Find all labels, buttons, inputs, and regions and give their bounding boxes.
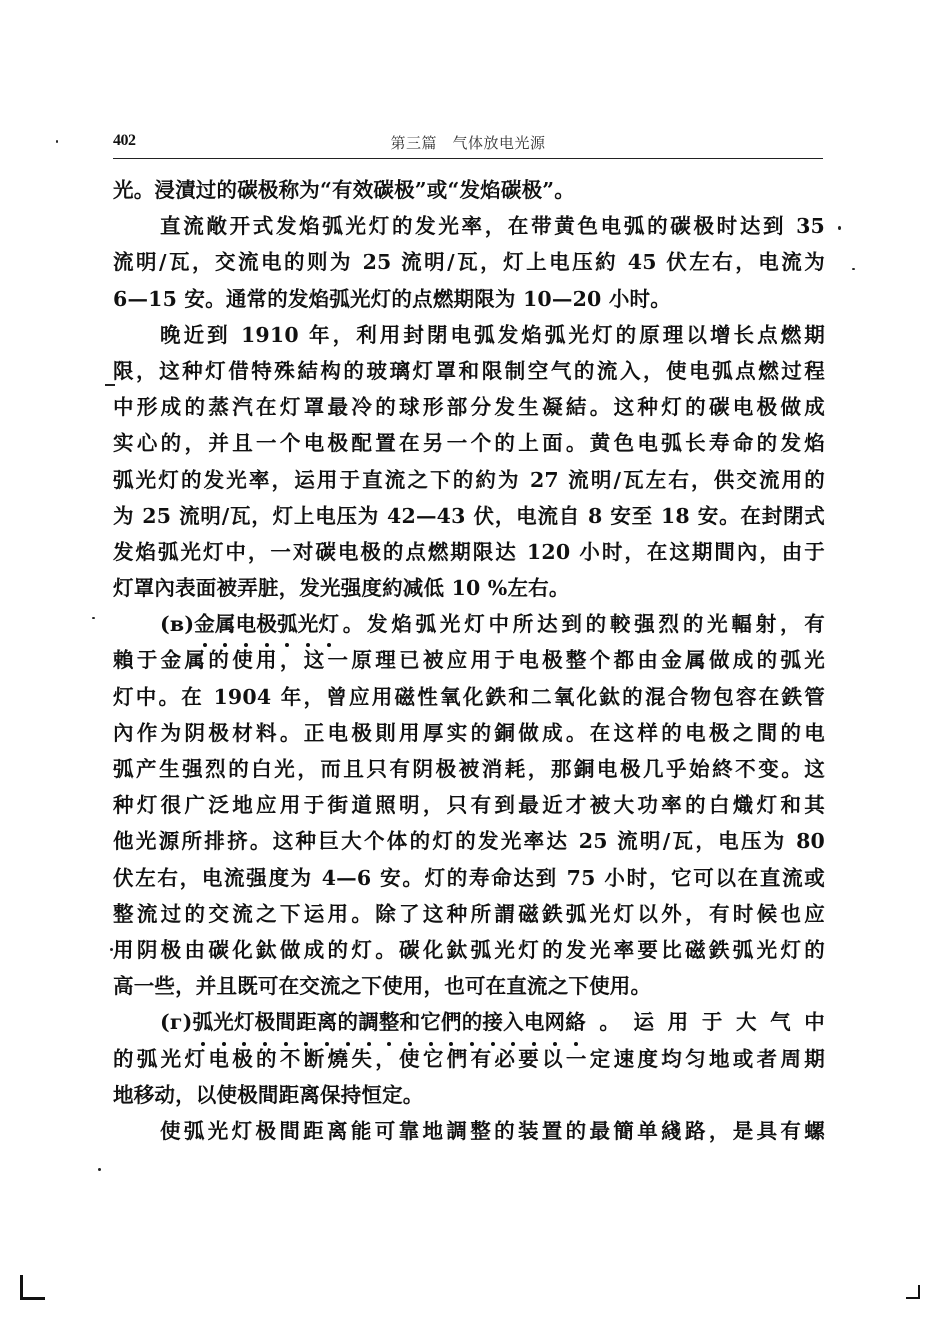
section-label: (г) [160,1010,193,1034]
scan-speck [56,140,58,143]
running-title: 第三篇 气体放电光源 [113,132,823,153]
scan-speck [110,948,113,951]
emphasis-char: 极 [256,606,277,642]
section-heading-line: (в)金属电极弧光灯。发焰弧光灯中所达到的較强烈的光輻射，有 [113,606,825,642]
text-line: 他光源所排挤。这种巨大个体的灯的发光率达 25 流明/瓦，电压为 80 [113,823,825,859]
emphasis-char: 接 [482,1004,503,1040]
scan-corner-mark [906,1285,920,1299]
section-heading-emphasis: 金属电极弧光灯 [194,612,339,636]
emphasis-char: 弧 [193,1004,214,1040]
text-line: 賴于金属的使用，这一原理已被应用于电极整个都由金属做成的弧光 [113,642,825,678]
emphasis-char: 間 [275,1004,296,1040]
emphasis-char: 調 [358,1004,379,1040]
scan-corner-mark [20,1275,45,1300]
emphasis-char: 属 [215,606,236,642]
text-line: 直流敞开式发焰弧光灯的发光率，在带黄色电弧的碳极时达到 35 [113,208,825,244]
emphasis-char: 的 [337,1004,358,1040]
scan-speck [852,268,855,270]
emphasis-char: 极 [255,1004,276,1040]
emphasis-char: 弧 [277,606,298,642]
text-line: 灯中。在 1904 年，曾应用磁性氧化鉄和二氧化鈦的混合物包容在鉄管 [113,679,825,715]
text-line: 地移动，以使极間距离保持恒定。 [113,1077,825,1113]
emphasis-char: 整 [379,1004,400,1040]
emphasis-char: 們 [441,1004,462,1040]
emphasis-char: 和 [400,1004,421,1040]
emphasis-char: 灯 [234,1004,255,1040]
scan-speck [92,617,95,619]
section-label: (в) [160,612,194,636]
emphasis-char: 入 [503,1004,524,1040]
emphasis-char: 电 [236,606,257,642]
emphasis-char: 光 [298,606,319,642]
text-line: 弧产生强烈的白光，而且只有阴极被消耗，那銅电极几乎始終不变。这 [113,751,825,787]
text-line: 晚近到 1910 年，利用封閉电弧发焰弧光灯的原理以增长点燃期 [113,317,825,353]
scan-speck [838,226,841,230]
text-line: 伏左右，电流强度为 4—6 安。灯的寿命达到 75 小时，它可以在直流或 [113,860,825,896]
body-text: 光。浸漬过的碳极称为“有效碳极”或“发焰碳极”。 直流敞开式发焰弧光灯的发光率，… [113,172,825,1149]
emphasis-char: 金 [194,606,215,642]
text-line: 用阴极由碳化鈦做成的灯。碳化鈦弧光灯的发光率要比磁鉄弧光灯的 [113,932,825,968]
emphasis-char: 灯 [318,606,339,642]
emphasis-char: 光 [213,1004,234,1040]
scan-speck [105,384,115,386]
text-line: 高一些，并且既可在交流之下使用，也可在直流之下使用。 [113,968,825,1004]
emphasis-char: 距 [296,1004,317,1040]
header-rule [113,158,823,159]
emphasis-char: 絡 [565,1004,586,1040]
scan-speck [98,1168,101,1171]
emphasis-char: 它 [420,1004,441,1040]
text-line: 发焰弧光灯中，一对碳电极的点燃期限达 120 小时，在这期間內，由于 [113,534,825,570]
text-line: 使弧光灯极間距离能可靠地調整的装置的最簡单綫路，是具有螺 [113,1113,825,1149]
text-line: 光。浸漬过的碳极称为“有效碳极”或“发焰碳极”。 [113,172,825,208]
text-line: 整流过的交流之下运用。除了这种所謂磁鉄弧光灯以外，有时候也应 [113,896,825,932]
text-line: 的弧光灯电极的不断燒失，使它們有必要以一定速度均匀地或者周期 [113,1041,825,1077]
text-line: 流明/瓦，交流电的则为 25 流明/瓦，灯上电压約 45 伏左右，电流为 [113,244,825,280]
text-line: 弧光灯的发光率，运用于直流之下的約为 27 流明/瓦左右，供交流用的 [113,462,825,498]
emphasis-char: 网 [545,1004,566,1040]
page-header: 402 第三篇 气体放电光源 [113,128,823,158]
text-line: 限，这种灯借特殊結构的玻璃灯罩和限制空气的流入，使电弧点燃过程 [113,353,825,389]
emphasis-char: 电 [524,1004,545,1040]
text-line: 內作为阴极材料。正电极則用厚实的銅做成。在这样的电极之間的电 [113,715,825,751]
text-line: 中形成的蒸汽在灯罩最冷的球形部分发生凝結。这种灯的碳电极做成 [113,389,825,425]
text-run: 。运用于大气中 [586,1010,825,1034]
text-line: 种灯很广泛地应用于街道照明，只有到最近才被大功率的白熾灯和其 [113,787,825,823]
text-line: 6—15 安。通常的发焰弧光灯的点燃期限为 10—20 小时。 [113,281,825,317]
section-heading-emphasis: 弧光灯极間距离的調整和它們的接入电网絡 [193,1010,586,1034]
emphasis-char: 离 [317,1004,338,1040]
text-line: 实心的，并且一个电极配置在另一个的上面。黄色电弧长寿命的发焰 [113,425,825,461]
text-line: 灯罩內表面被弄脏，发光强度約减低 10 %左右。 [113,570,825,606]
emphasis-char: 的 [462,1004,483,1040]
text-line: 为 25 流明/瓦，灯上电压为 42—43 伏，电流自 8 安至 18 安。在封… [113,498,825,534]
section-heading-line: (г)弧光灯极間距离的調整和它們的接入电网絡。运用于大气中 [113,1004,825,1040]
text-run: 。发焰弧光灯中所达到的較强烈的光輻射，有 [339,612,825,636]
